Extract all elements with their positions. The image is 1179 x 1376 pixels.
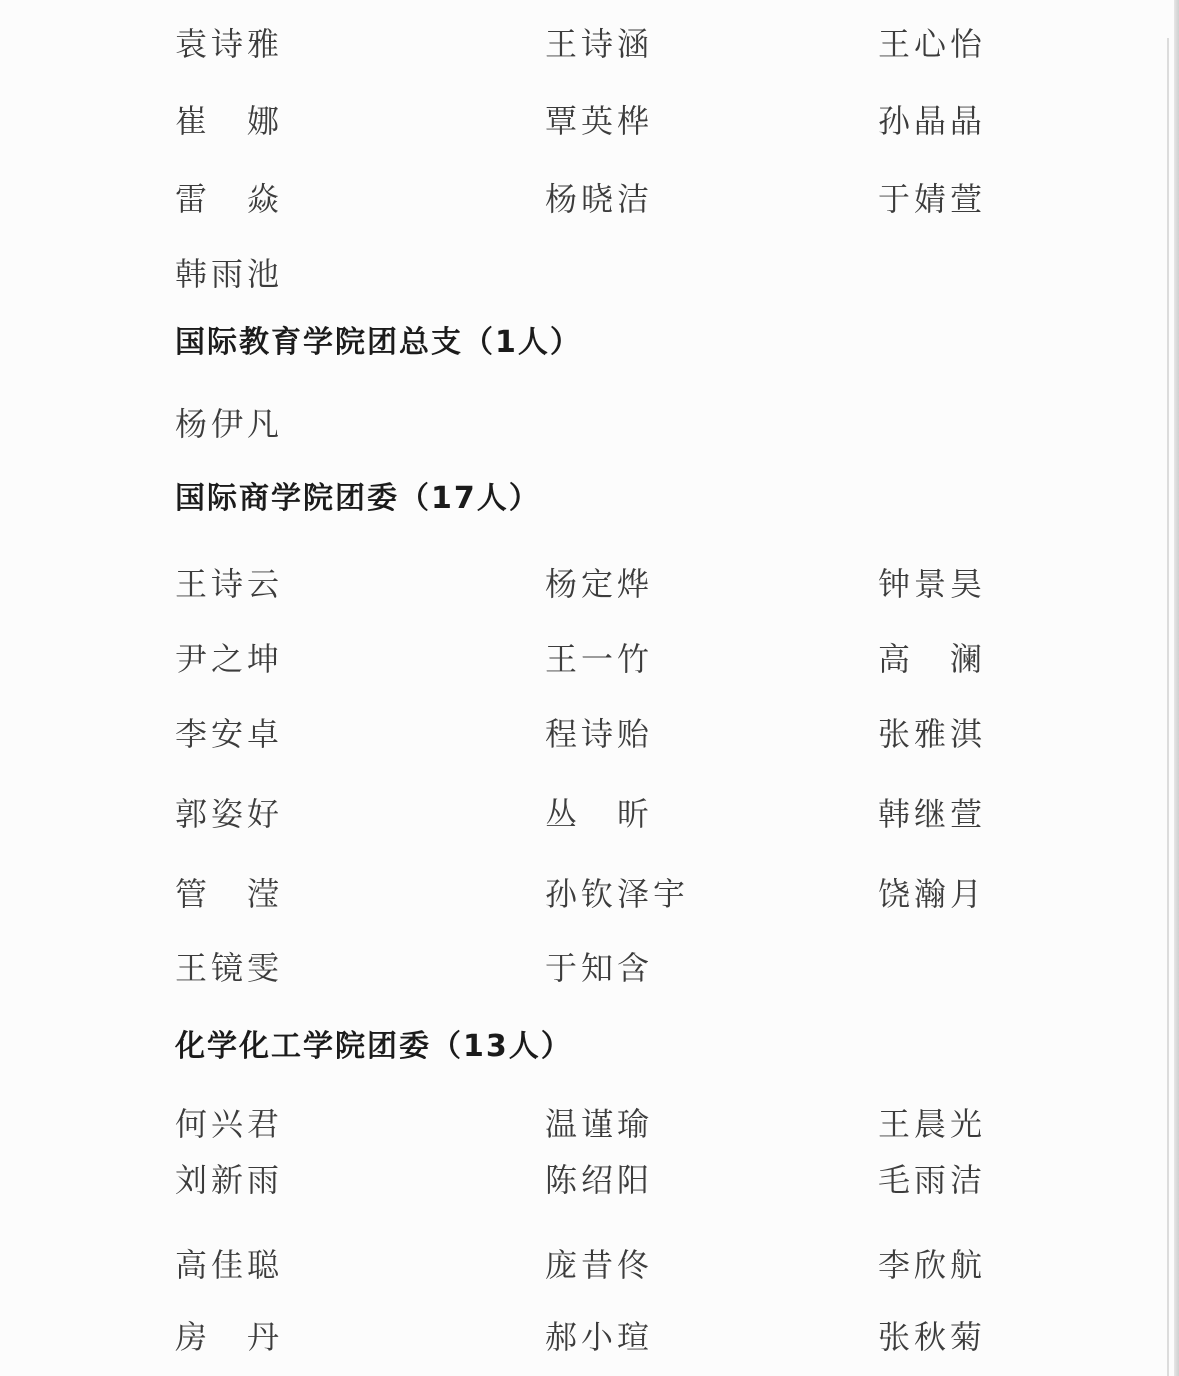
person-name: 韩雨池 [175, 254, 283, 294]
name-row: 尹之坤 王一竹 高 澜 [0, 639, 1179, 685]
person-name: 杨伊凡 [175, 404, 283, 444]
person-name: 丛 昕 [545, 794, 653, 834]
person-name: 杨定烨 [545, 564, 653, 604]
person-name: 王晨光 [878, 1104, 986, 1144]
name-row: 杨伊凡 [0, 404, 1179, 450]
name-row: 管 滢 孙钦泽宇 饶瀚月 [0, 874, 1179, 920]
person-name: 孙钦泽宇 [545, 874, 689, 914]
person-name: 饶瀚月 [878, 874, 986, 914]
person-name: 杨晓洁 [545, 179, 653, 219]
person-name: 管 滢 [175, 874, 283, 914]
person-name: 钟景昊 [878, 564, 986, 604]
name-row: 何兴君 温谨瑜 王晨光 [0, 1104, 1179, 1150]
person-name: 王一竹 [545, 639, 653, 679]
name-row: 高佳聪 庞昔佟 李欣航 [0, 1245, 1179, 1291]
section-header-international-education: 国际教育学院团总支（1人） [175, 322, 582, 364]
section-header-international-business: 国际商学院团委（17人） [175, 478, 541, 520]
section-header-chemistry: 化学化工学院团委（13人） [175, 1026, 573, 1068]
name-row: 王诗云 杨定烨 钟景昊 [0, 564, 1179, 610]
name-row: 雷 焱 杨晓洁 于婧萱 [0, 179, 1179, 225]
person-name: 何兴君 [175, 1104, 283, 1144]
person-name: 王镜雯 [175, 948, 283, 988]
person-name: 庞昔佟 [545, 1245, 653, 1285]
person-name: 韩继萱 [878, 794, 986, 834]
person-name: 覃英桦 [545, 101, 653, 141]
name-row: 韩雨池 [0, 254, 1179, 300]
person-name: 房 丹 [175, 1317, 283, 1357]
name-row: 袁诗雅 王诗涵 王心怡 [0, 24, 1179, 70]
document-page: 袁诗雅 王诗涵 王心怡 崔 娜 覃英桦 孙晶晶 雷 焱 杨晓洁 于婧萱 韩雨池 … [0, 0, 1179, 1376]
person-name: 陈绍阳 [545, 1160, 653, 1200]
person-name: 孙晶晶 [878, 101, 986, 141]
person-name: 王诗涵 [545, 24, 653, 64]
page-right-shadow [1174, 0, 1179, 1376]
person-name: 于知含 [545, 948, 653, 988]
person-name: 张秋菊 [878, 1317, 986, 1357]
person-name: 张雅淇 [878, 714, 986, 754]
name-row: 崔 娜 覃英桦 孙晶晶 [0, 101, 1179, 147]
name-row: 王镜雯 于知含 [0, 948, 1179, 994]
person-name: 温谨瑜 [545, 1104, 653, 1144]
person-name: 高佳聪 [175, 1245, 283, 1285]
person-name: 于婧萱 [878, 179, 986, 219]
person-name: 刘新雨 [175, 1160, 283, 1200]
person-name: 李欣航 [878, 1245, 986, 1285]
name-row: 李安卓 程诗贻 张雅淇 [0, 714, 1179, 760]
name-row: 郭姿好 丛 昕 韩继萱 [0, 794, 1179, 840]
person-name: 雷 焱 [175, 179, 283, 219]
page-edge-line [1167, 38, 1169, 1376]
person-name: 袁诗雅 [175, 24, 283, 64]
person-name: 尹之坤 [175, 639, 283, 679]
person-name: 毛雨洁 [878, 1160, 986, 1200]
person-name: 程诗贻 [545, 714, 653, 754]
person-name: 王诗云 [175, 564, 283, 604]
person-name: 高 澜 [878, 639, 986, 679]
person-name: 崔 娜 [175, 101, 283, 141]
person-name: 李安卓 [175, 714, 283, 754]
person-name: 王心怡 [878, 24, 986, 64]
person-name: 郝小瑄 [545, 1317, 653, 1357]
name-row: 刘新雨 陈绍阳 毛雨洁 [0, 1160, 1179, 1206]
person-name: 郭姿好 [175, 794, 283, 834]
name-row: 房 丹 郝小瑄 张秋菊 [0, 1317, 1179, 1363]
